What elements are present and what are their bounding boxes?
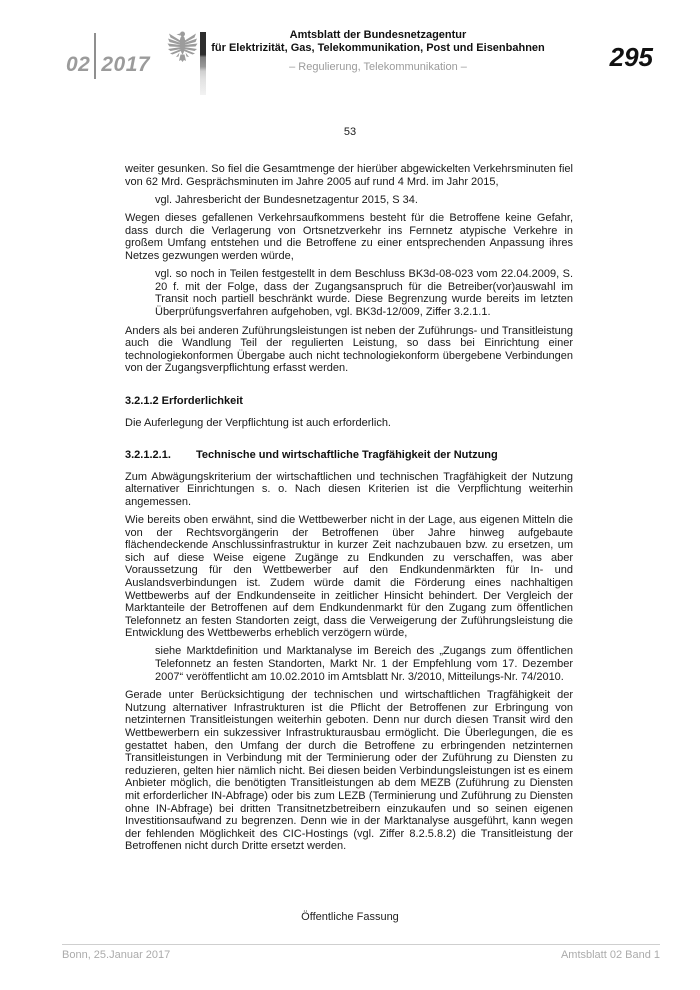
paragraph: Die Auferlegung der Verpflichtung ist au… [125,417,573,430]
issue-year: 2017 [101,53,150,77]
citation: siehe Marktdefinition und Marktanalyse i… [155,645,573,683]
paragraph: Wie bereits oben erwähnt, sind die Wettb… [125,514,573,640]
citation: vgl. so noch in Teilen festgestellt in d… [155,268,573,318]
public-version-notice: Öffentliche Fassung [0,911,700,924]
issue-divider [94,33,96,79]
issue-block: 02 2017 [66,33,150,79]
paragraph: weiter gesunken. So fiel die Gesamtmenge… [125,163,573,188]
footer-place-date: Bonn, 25.Januar 2017 [62,949,170,961]
paragraph: Anders als bei anderen Zuführungsleistun… [125,325,573,375]
paragraph: Zum Abwägungskriterium der wirtschaftlic… [125,471,573,509]
section-heading-tragfaehigkeit: 3.2.1.2.1.Technische und wirtschaftliche… [125,449,573,462]
section-title: Erforderlichkeit [162,395,243,407]
document-body: weiter gesunken. So fiel die Gesamtmenge… [125,163,573,858]
paragraph: Gerade unter Berücksichtigung der techni… [125,689,573,853]
header-title-line1: Amtsblatt der Bundesnetzagentur [158,29,598,42]
header-subtitle: – Regulierung, Telekommunikation – [158,61,598,74]
footer-divider [62,944,660,945]
document-page: 02 2017 [0,0,700,990]
header-title-block: Amtsblatt der Bundesnetzagentur für Elek… [158,29,598,74]
issue-number: 02 [66,53,90,77]
citation: vgl. Jahresbericht der Bundesnetzagentur… [155,194,573,207]
page-folio: 53 [0,126,700,139]
section-number: 3.2.1.2.1. [125,449,196,462]
header-page-number: 295 [610,42,653,72]
header-title-line2: für Elektrizität, Gas, Telekommunikation… [158,42,598,55]
section-heading-erforderlichkeit: 3.2.1.2Erforderlichkeit [125,395,573,408]
paragraph: Wegen dieses gefallenen Verkehrsaufkomme… [125,212,573,262]
footer-volume-info: Amtsblatt 02 Band 1 [561,949,660,961]
section-title: Technische und wirtschaftliche Tragfähig… [196,449,498,461]
section-number: 3.2.1.2 [125,395,159,407]
